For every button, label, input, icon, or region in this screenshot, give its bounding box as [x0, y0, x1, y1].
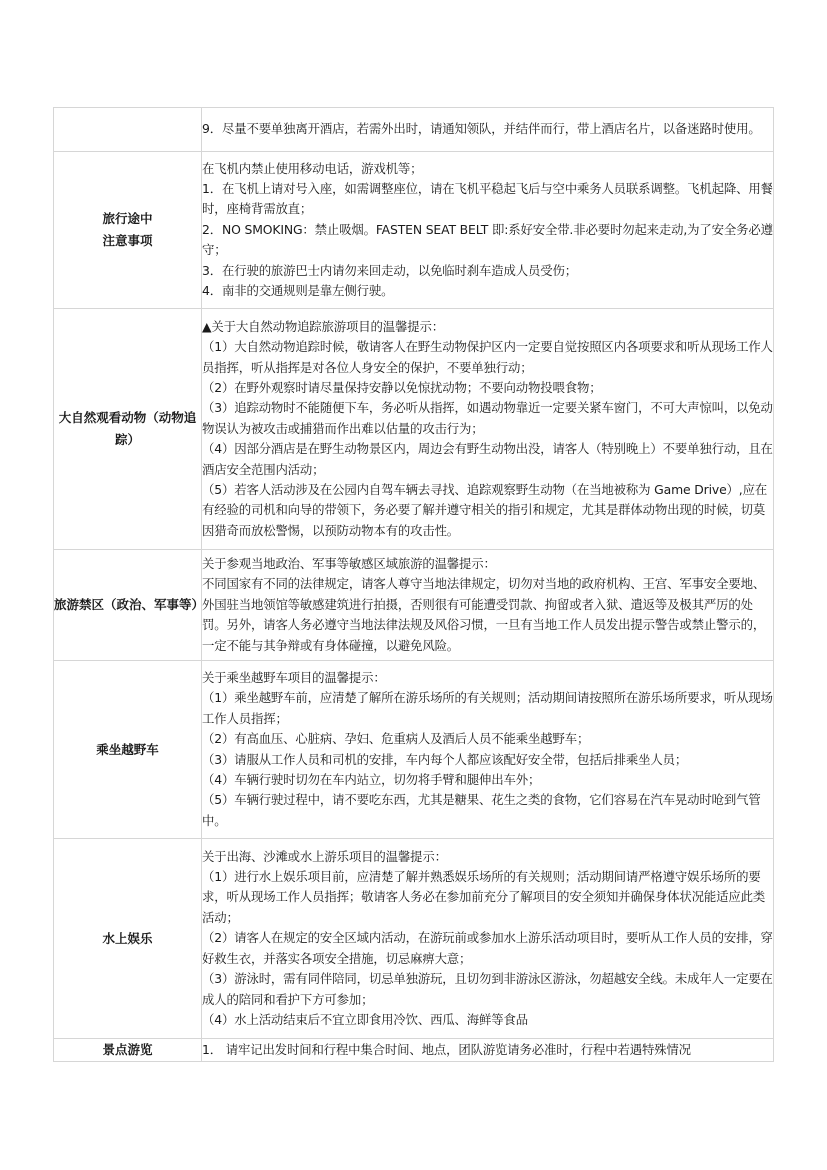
content-line: 2．NO SMOKING：禁止吸烟。FASTEN SEAT BELT 即:系好安… — [202, 220, 773, 261]
content-line: ▲关于大自然动物追踪旅游项目的温馨提示： — [202, 317, 773, 337]
content-line: 3．在行驶的旅游巴士内请勿来回走动，以免临时刹车造成人员受伤； — [202, 261, 773, 281]
row-content: 在飞机内禁止使用移动电话，游戏机等； 1．在飞机上请对号入座，如需调整座位，请在… — [202, 152, 774, 309]
travel-notes-table: 9．尽量不要单独离开酒店，若需外出时，请通知领队，并结伴而行，带上酒店名片，以备… — [53, 107, 774, 1062]
content-line: （4）因部分酒店是在野生动物景区内，周边会有野生动物出没，请客人（特别晚上）不要… — [202, 439, 773, 480]
content-line: （3）游泳时，需有同伴陪同，切忌单独游玩，且切勿到非游泳区游泳，勿超越安全线。未… — [202, 969, 773, 1010]
table-row-restricted-areas: 旅游禁区（政治、军事等） 关于参观当地政治、军事等敏感区域旅游的温馨提示： 不同… — [54, 550, 774, 661]
content-line: 在飞机内禁止使用移动电话，游戏机等； — [202, 159, 773, 179]
document-page: 9．尽量不要单独离开酒店，若需外出时，请通知领队，并结伴而行，带上酒店名片，以备… — [53, 107, 774, 1062]
content-line: 关于出海、沙滩或水上游乐项目的温馨提示： — [202, 847, 773, 867]
content-line: （3）请服从工作人员和司机的安排，车内每个人都应该配好安全带，包括后排乘坐人员； — [202, 750, 773, 770]
content-line: （2）有高血压、心脏病、孕妇、危重病人及酒后人员不能乘坐越野车； — [202, 729, 773, 749]
content-line: （5）车辆行驶过程中，请不要吃东西，尤其是糖果、花生之类的食物，它们容易在汽车晃… — [202, 790, 773, 831]
row-label-line: 注意事项 — [54, 230, 201, 252]
content-line: （5）若客人活动涉及在公园内自驾车辆去寻找、追踪观察野生动物（在当地被称为 Ga… — [202, 480, 773, 541]
row-label-line: 旅行途中 — [54, 208, 201, 230]
content-line: 4．南非的交通规则是靠左侧行驶。 — [202, 281, 773, 301]
table-row-hotel-safety: 9．尽量不要单独离开酒店，若需外出时，请通知领队，并结伴而行，带上酒店名片，以备… — [54, 108, 774, 152]
content-line: 1． 请牢记出发时间和行程中集合时间、地点，团队游览请务必准时，行程中若遇特殊情… — [202, 1040, 773, 1060]
row-content: 关于乘坐越野车项目的温馨提示： （1）乘坐越野车前，应清楚了解所在游乐场所的有关… — [202, 661, 774, 839]
content-line: （4）车辆行驶时切勿在车内站立，切勿将手臂和腿伸出车外； — [202, 770, 773, 790]
row-label — [54, 108, 202, 152]
content-line: （2）在野外观察时请尽量保持安静以免惊扰动物；不要向动物投喂食物； — [202, 378, 773, 398]
row-label: 旅行途中 注意事项 — [54, 152, 202, 309]
content-line: 关于乘坐越野车项目的温馨提示： — [202, 668, 773, 688]
table-row-sightseeing: 景点游览 1． 请牢记出发时间和行程中集合时间、地点，团队游览请务必准时，行程中… — [54, 1039, 774, 1062]
content-line: （3）追踪动物时不能随便下车，务必听从指挥，如遇动物靠近一定要关紧车窗门，不可大… — [202, 398, 773, 439]
content-line: （4）水上活动结束后不宜立即食用冷饮、西瓜、海鲜等食品 — [202, 1010, 773, 1030]
row-label: 景点游览 — [54, 1039, 202, 1062]
table-row-water-activities: 水上娱乐 关于出海、沙滩或水上游乐项目的温馨提示： （1）进行水上娱乐项目前，应… — [54, 839, 774, 1039]
row-content: 1． 请牢记出发时间和行程中集合时间、地点，团队游览请务必准时，行程中若遇特殊情… — [202, 1039, 774, 1062]
row-label: 水上娱乐 — [54, 839, 202, 1039]
content-line: 不同国家有不同的法律规定，请客人尊守当地法律规定，切勿对当地的政府机构、王宫、军… — [202, 574, 773, 656]
content-line: 关于参观当地政治、军事等敏感区域旅游的温馨提示： — [202, 554, 773, 574]
table-row-off-road-vehicle: 乘坐越野车 关于乘坐越野车项目的温馨提示： （1）乘坐越野车前，应清楚了解所在游… — [54, 661, 774, 839]
row-content: 9．尽量不要单独离开酒店，若需外出时，请通知领队，并结伴而行，带上酒店名片，以备… — [202, 108, 774, 152]
row-content: 关于出海、沙滩或水上游乐项目的温馨提示： （1）进行水上娱乐项目前，应清楚了解并… — [202, 839, 774, 1039]
content-line: （1）乘坐越野车前，应清楚了解所在游乐场所的有关规则；活动期间请按照所在游乐场所… — [202, 688, 773, 729]
row-label: 乘坐越野车 — [54, 661, 202, 839]
content-line: 1．在飞机上请对号入座，如需调整座位，请在飞机平稳起飞后与空中乘务人员联系调整。… — [202, 179, 773, 220]
content-line: （1）进行水上娱乐项目前，应清楚了解并熟悉娱乐场所的有关规则；活动期间请严格遵守… — [202, 867, 773, 928]
row-content: ▲关于大自然动物追踪旅游项目的温馨提示： （1）大自然动物追踪时候，敬请客人在野… — [202, 309, 774, 550]
content-line: 9．尽量不要单独离开酒店，若需外出时，请通知领队，并结伴而行，带上酒店名片，以备… — [202, 119, 773, 139]
row-label: 大自然观看动物（动物追踪） — [54, 309, 202, 550]
table-row-wildlife-tracking: 大自然观看动物（动物追踪） ▲关于大自然动物追踪旅游项目的温馨提示： （1）大自… — [54, 309, 774, 550]
row-content: 关于参观当地政治、军事等敏感区域旅游的温馨提示： 不同国家有不同的法律规定，请客… — [202, 550, 774, 661]
content-line: （1）大自然动物追踪时候，敬请客人在野生动物保护区内一定要自觉按照区内各项要求和… — [202, 337, 773, 378]
table-row-travel-en-route: 旅行途中 注意事项 在飞机内禁止使用移动电话，游戏机等； 1．在飞机上请对号入座… — [54, 152, 774, 309]
content-line: （2）请客人在规定的安全区域内活动，在游玩前或参加水上游乐活动项目时，要听从工作… — [202, 928, 773, 969]
row-label: 旅游禁区（政治、军事等） — [54, 550, 202, 661]
